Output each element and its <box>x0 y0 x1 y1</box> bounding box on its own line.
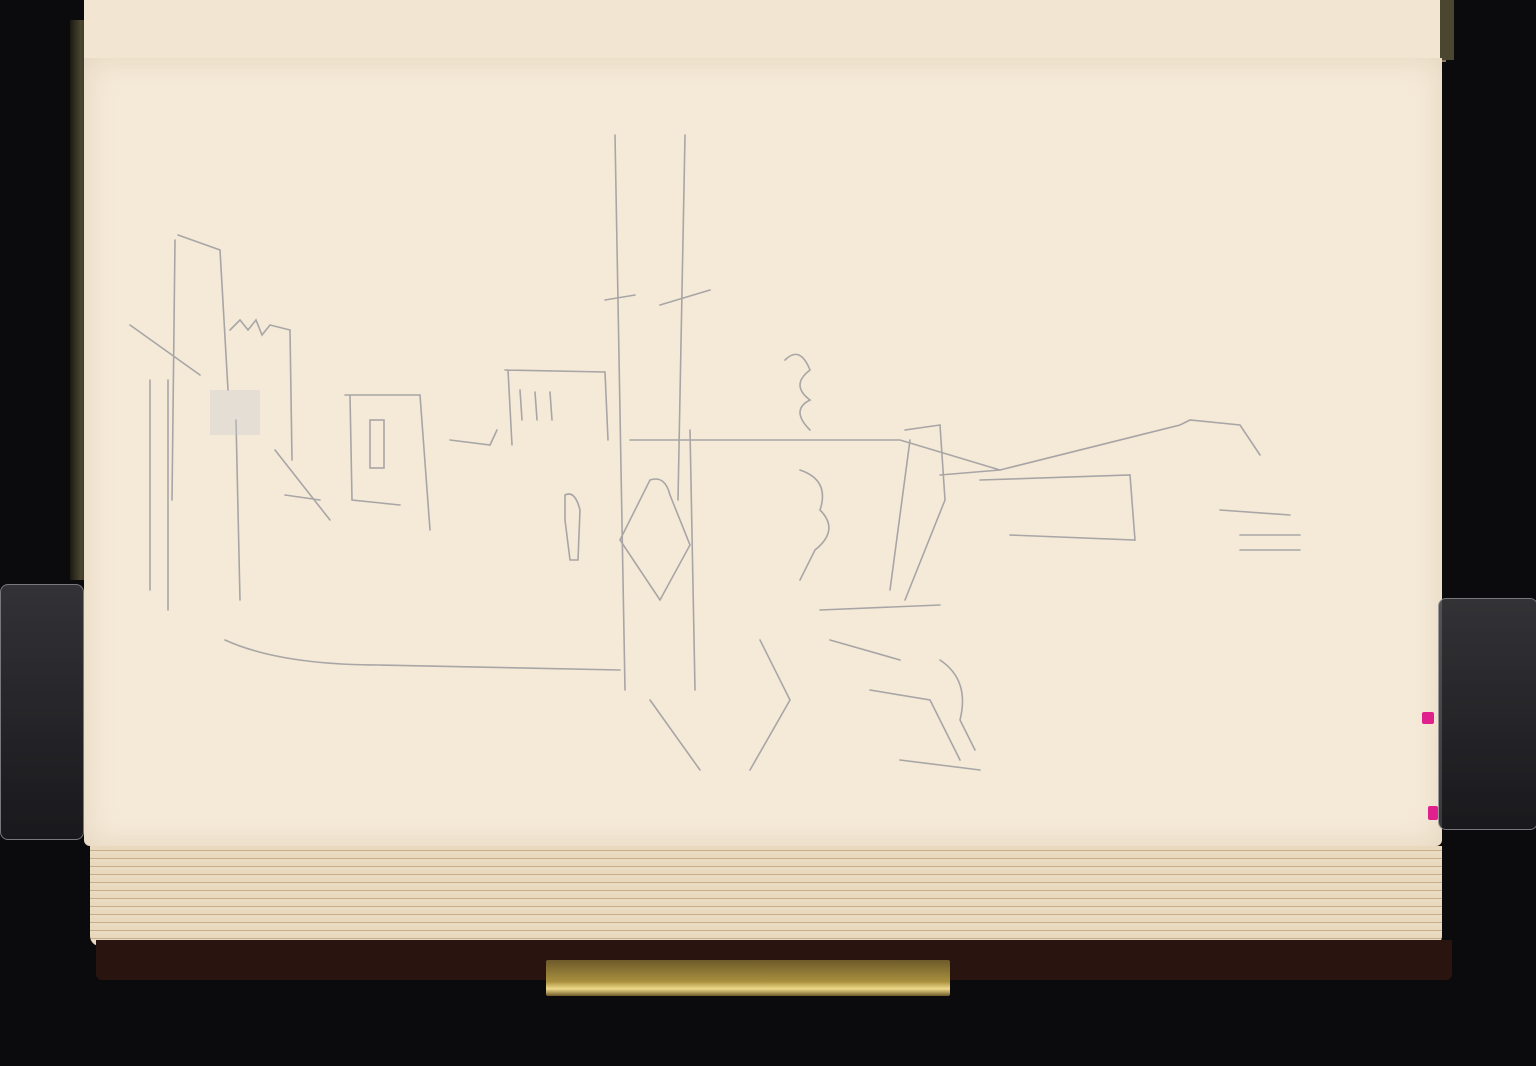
pencil-sketch <box>0 0 1536 1066</box>
